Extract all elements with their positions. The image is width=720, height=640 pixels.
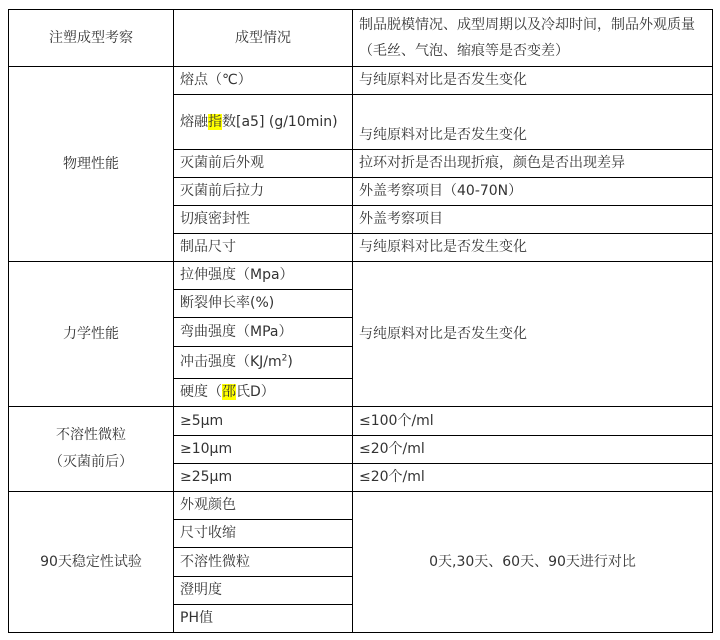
result-cell: 与纯原料对比是否发生变化 — [353, 234, 713, 262]
category-physical: 物理性能 — [9, 67, 174, 262]
item-text: 硬度（ — [180, 384, 222, 400]
result-cell: ≤20个/ml — [353, 464, 713, 492]
injection-molding-table: 注塑成型考察 成型情况 制品脱模情况、成型周期以及冷却时间，制品外观质量（毛丝、… — [8, 9, 713, 633]
item-cell: PH值 — [174, 605, 353, 633]
item-text: ) — [287, 354, 292, 370]
category-line: 不溶性微粒 — [15, 422, 167, 449]
result-cell: 与纯原料对比是否发生变化 — [353, 67, 713, 95]
category-line: （灭菌前后） — [15, 449, 167, 476]
table-row: 90天稳定性试验 外观颜色 0天,30天、60天、90天进行对比 — [9, 492, 713, 520]
result-cell: 拉环对折是否出现折痕，颜色是否出现差异 — [353, 150, 713, 178]
item-cell: 不溶性微粒 — [174, 548, 353, 577]
item-cell: 硬度（邵氏D） — [174, 379, 353, 407]
shared-result-cell: 0天,30天、60天、90天进行对比 — [353, 492, 713, 633]
header-molding: 成型情况 — [174, 10, 353, 67]
shared-result-cell: 与纯原料对比是否发生变化 — [353, 262, 713, 407]
category-stability: 90天稳定性试验 — [9, 492, 174, 633]
item-text: 数[a5] (g/10min) — [222, 114, 338, 130]
item-cell: 灭菌前后拉力 — [174, 178, 353, 206]
header-category: 注塑成型考察 — [9, 10, 174, 67]
item-cell: 冲击强度（KJ/m2) — [174, 347, 353, 379]
item-cell: 拉伸强度（Mpa） — [174, 262, 353, 290]
result-cell: ≤100个/ml — [353, 407, 713, 436]
item-cell: 熔点（℃） — [174, 67, 353, 95]
result-cell: ≤20个/ml — [353, 436, 713, 464]
item-cell: ≥5μm — [174, 407, 353, 436]
table-row: 不溶性微粒（灭菌前后） ≥5μm ≤100个/ml — [9, 407, 713, 436]
item-text: 冲击强度（KJ/m — [180, 354, 282, 370]
result-cell: 外盖考察项目（40-70N） — [353, 178, 713, 206]
header-quality: 制品脱模情况、成型周期以及冷却时间，制品外观质量（毛丝、气泡、缩痕等是否变差） — [353, 10, 713, 67]
item-cell: ≥10μm — [174, 436, 353, 464]
item-cell: 熔融指数[a5] (g/10min) — [174, 95, 353, 150]
item-cell: 澄明度 — [174, 577, 353, 605]
result-cell: 与纯原料对比是否发生变化 — [353, 95, 713, 150]
item-cell: 弯曲强度（MPa） — [174, 318, 353, 347]
table-row: 力学性能 拉伸强度（Mpa） 与纯原料对比是否发生变化 — [9, 262, 713, 290]
item-cell: 切痕密封性 — [174, 206, 353, 234]
highlighted-char: 指 — [208, 114, 222, 130]
item-text: 熔融 — [180, 114, 208, 130]
item-cell: 断裂伸长率(%) — [174, 290, 353, 318]
result-cell: 外盖考察项目 — [353, 206, 713, 234]
category-particles: 不溶性微粒（灭菌前后） — [9, 407, 174, 492]
item-cell: 外观颜色 — [174, 492, 353, 520]
item-cell: ≥25μm — [174, 464, 353, 492]
category-mechanical: 力学性能 — [9, 262, 174, 407]
item-cell: 灭菌前后外观 — [174, 150, 353, 178]
highlighted-char: 邵 — [222, 384, 236, 400]
item-text: 氏D） — [236, 384, 275, 400]
table-row: 物理性能 熔点（℃） 与纯原料对比是否发生变化 — [9, 67, 713, 95]
item-cell: 尺寸收缩 — [174, 520, 353, 548]
item-cell: 制品尺寸 — [174, 234, 353, 262]
header-row: 注塑成型考察 成型情况 制品脱模情况、成型周期以及冷却时间，制品外观质量（毛丝、… — [9, 10, 713, 67]
